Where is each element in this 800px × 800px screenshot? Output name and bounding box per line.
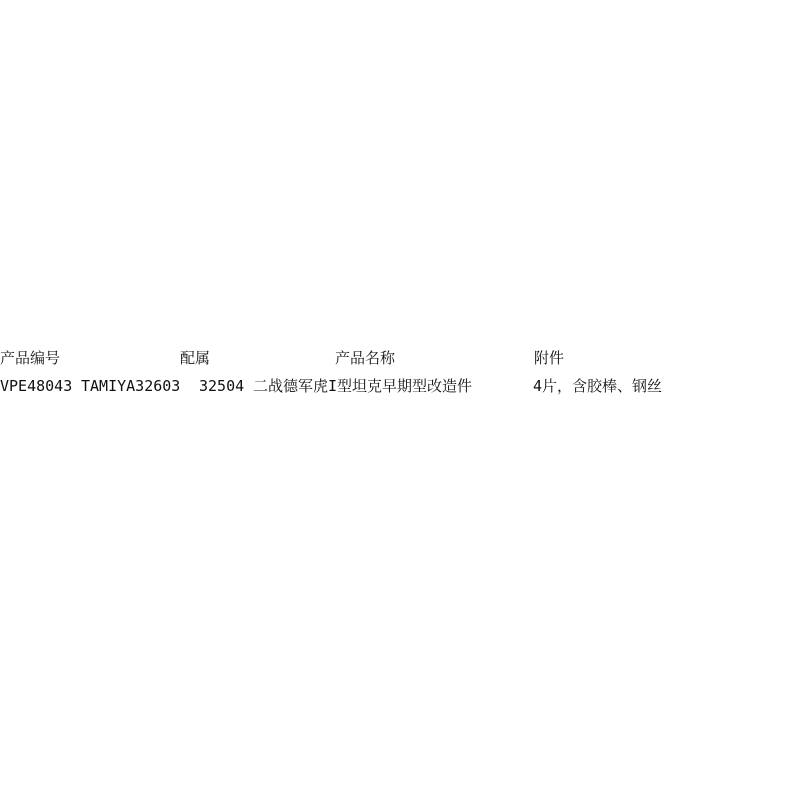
cell-accessories: 4片，含胶棒、钢丝 — [533, 374, 662, 398]
header-fits: 配属 — [180, 346, 210, 370]
header-accessories: 附件 — [534, 346, 564, 370]
header-product-code: 产品编号 — [0, 346, 60, 370]
cell-product-name: 二战德军虎I型坦克早期型改造件 — [253, 374, 472, 398]
cell-product-code: VPE48043 — [0, 374, 72, 398]
cell-fits: TAMIYA32603 — [81, 374, 180, 398]
table-row: VPE48043 TAMIYA32603 32504 二战德军虎I型坦克早期型改… — [0, 374, 18, 398]
table-header-row: 产品编号 配属 产品名称 附件 — [0, 346, 18, 370]
header-product-name: 产品名称 — [335, 346, 395, 370]
cell-fits-no: 32504 — [199, 374, 244, 398]
